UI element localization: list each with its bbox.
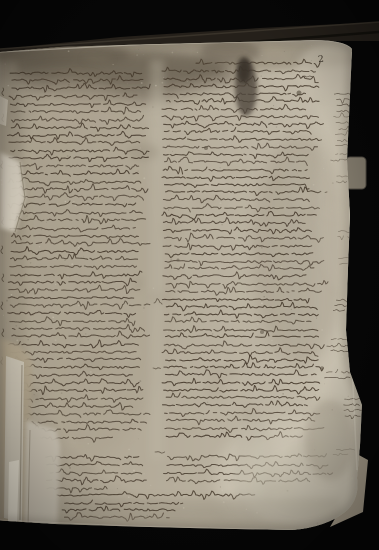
photo-vignette	[0, 0, 379, 550]
page-scan: 2	[0, 0, 379, 550]
manuscript-photo: 2	[0, 0, 379, 550]
